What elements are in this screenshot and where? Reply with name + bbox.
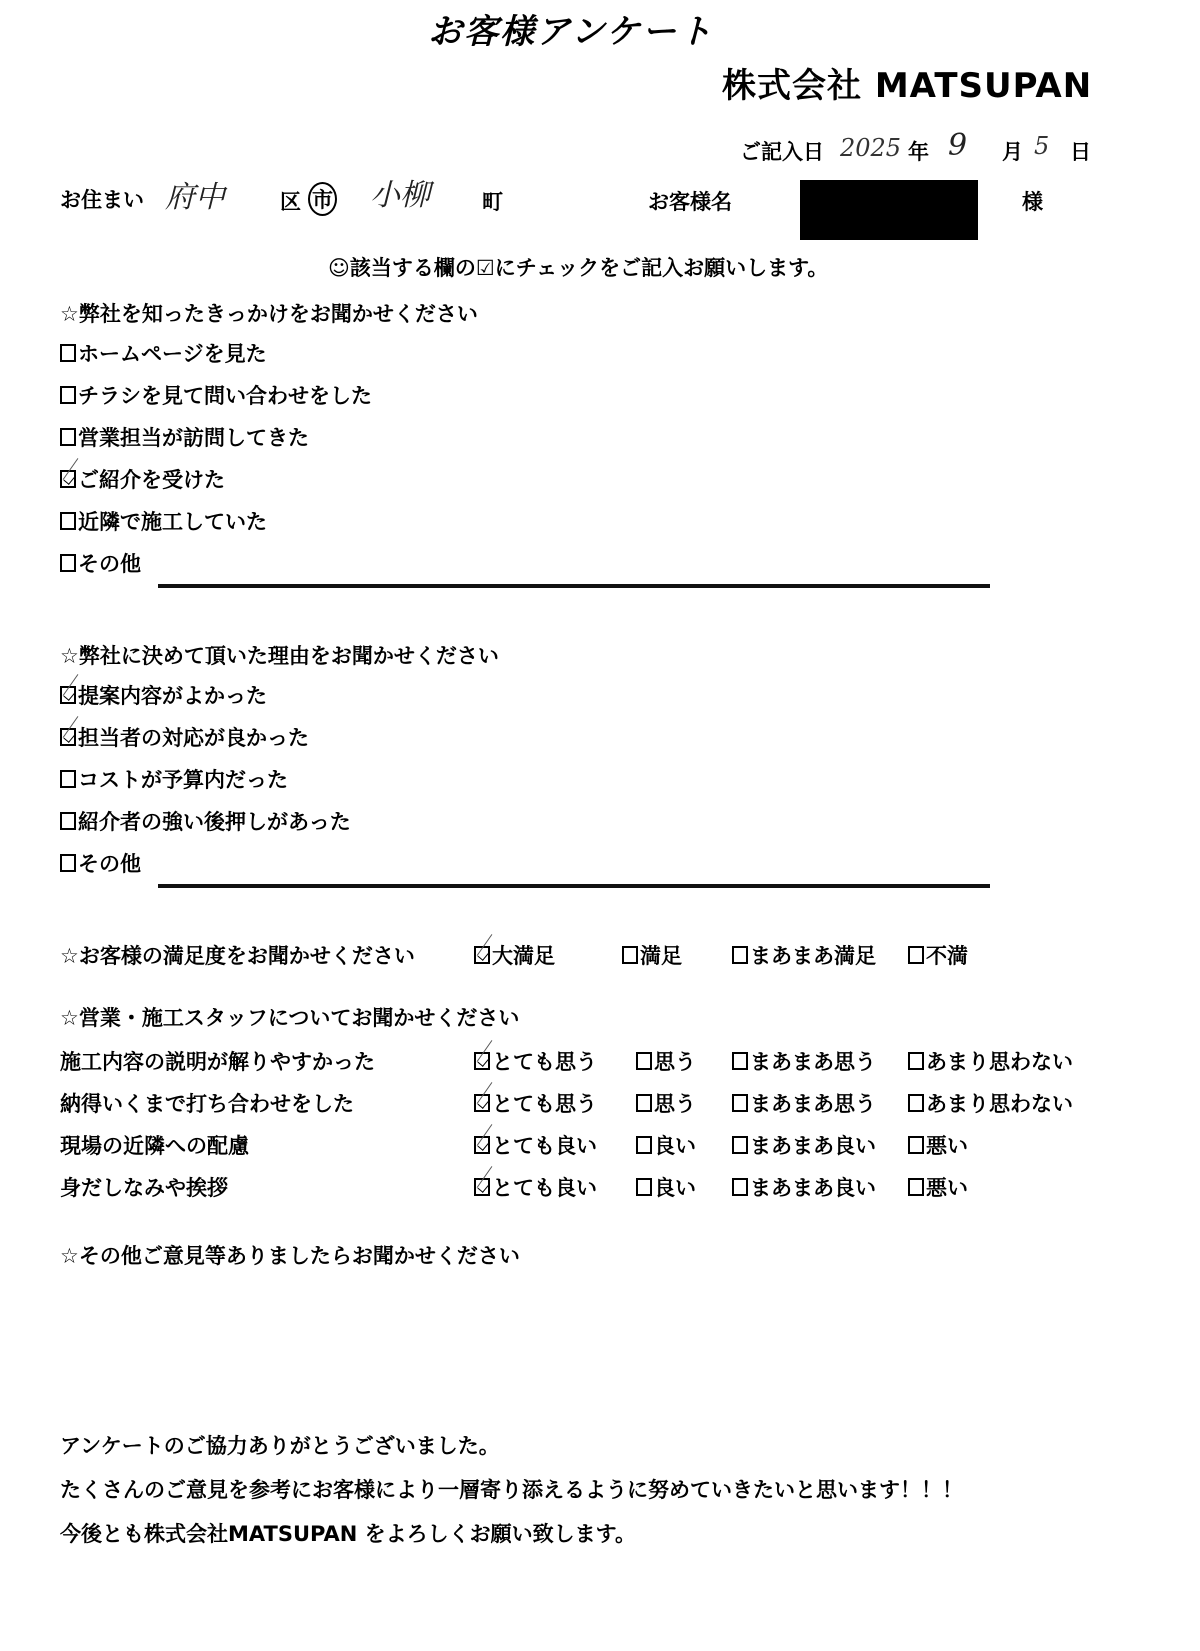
checkbox-checked[interactable]	[474, 1094, 490, 1112]
checkbox-checked[interactable]	[474, 1136, 490, 1154]
checkbox[interactable]	[636, 1094, 652, 1112]
customer-suffix: 様	[1022, 186, 1043, 216]
city-label-circled[interactable]: 市	[308, 182, 337, 216]
checkbox[interactable]	[60, 812, 76, 830]
q2-option-proposal[interactable]: 提案内容がよかった	[60, 680, 267, 710]
survey-title: お客様アンケート	[428, 4, 714, 53]
town-field[interactable]: 小柳	[370, 170, 430, 214]
q4-row2-option2[interactable]: 思う	[636, 1088, 696, 1118]
checkbox-checked[interactable]	[474, 1052, 490, 1070]
checkbox[interactable]	[732, 1052, 748, 1070]
checkbox[interactable]	[622, 946, 638, 964]
q4-row2-option1[interactable]: とても思う	[474, 1088, 597, 1118]
q1-option-other[interactable]: その他	[60, 548, 141, 578]
q2-title: ☆弊社に決めて頂いた理由をお聞かせください	[60, 640, 499, 670]
checkbox[interactable]	[60, 770, 76, 788]
checkbox[interactable]	[60, 854, 76, 872]
date-year-field[interactable]: 2025	[840, 134, 901, 162]
q2-option-cost[interactable]: コストが予算内だった	[60, 764, 288, 794]
customer-name-label: お客様名	[648, 186, 732, 216]
q1-option-sales-visit[interactable]: 営業担当が訪問してきた	[60, 422, 309, 452]
q4-row1-option3[interactable]: まあまあ思う	[732, 1046, 876, 1076]
q1-other-underline	[158, 584, 990, 588]
company-name: 株式会社 MATSUPAN	[722, 58, 1092, 107]
checkbox[interactable]	[732, 946, 748, 964]
checkbox[interactable]	[908, 1178, 924, 1196]
ward-label: 区	[280, 186, 301, 216]
q3-option-very-satisfied[interactable]: 大満足	[474, 940, 555, 970]
q4-row2-option4[interactable]: あまり思わない	[908, 1088, 1073, 1118]
checkbox[interactable]	[908, 1136, 924, 1154]
checkbox[interactable]	[60, 512, 76, 530]
customer-name-field-redacted[interactable]	[800, 180, 978, 240]
q4-row1-option1[interactable]: とても思う	[474, 1046, 597, 1076]
city-ward-field[interactable]: 府中	[165, 172, 225, 216]
checkbox[interactable]	[732, 1178, 748, 1196]
q4-row4-option2[interactable]: 良い	[636, 1172, 696, 1202]
q1-option-homepage[interactable]: ホームページを見た	[60, 338, 267, 368]
q4-row1-option4[interactable]: あまり思わない	[908, 1046, 1073, 1076]
checkbox[interactable]	[732, 1094, 748, 1112]
q4-row2-option3[interactable]: まあまあ思う	[732, 1088, 876, 1118]
q2-option-referrer-push[interactable]: 紹介者の強い後押しがあった	[60, 806, 351, 836]
checkbox-checked[interactable]	[474, 946, 490, 964]
checkbox[interactable]	[732, 1136, 748, 1154]
town-label: 町	[482, 186, 503, 216]
q1-other-input[interactable]	[158, 560, 988, 582]
q2-option-staff-response[interactable]: 担当者の対応が良かった	[60, 722, 309, 752]
footer-closing: 今後とも株式会社MATSUPAN をよろしくお願い致します。	[60, 1518, 636, 1548]
q4-row4-option1[interactable]: とても良い	[474, 1172, 597, 1202]
date-label: ご記入日	[740, 136, 824, 166]
q1-option-referral[interactable]: ご紹介を受けた	[60, 464, 225, 494]
month-unit: 月	[1002, 136, 1023, 166]
q3-option-satisfied[interactable]: 満足	[622, 940, 682, 970]
q4-row4-question: 身だしなみや挨拶	[60, 1172, 228, 1202]
checkbox[interactable]	[908, 1052, 924, 1070]
q3-title: ☆お客様の満足度をお聞かせください	[60, 940, 415, 970]
checkbox-checked[interactable]	[60, 728, 76, 746]
q5-title: ☆その他ご意見等ありましたらお聞かせください	[60, 1240, 520, 1270]
q1-option-flyer[interactable]: チラシを見て問い合わせをした	[60, 380, 372, 410]
checkbox-checked[interactable]	[60, 686, 76, 704]
q4-row3-option2[interactable]: 良い	[636, 1130, 696, 1160]
q3-option-dissatisfied[interactable]: 不満	[908, 940, 968, 970]
footer-thanks: アンケートのご協力ありがとうございました。	[60, 1430, 500, 1460]
q3-option-somewhat-satisfied[interactable]: まあまあ満足	[732, 940, 876, 970]
checkbox-checked[interactable]	[474, 1178, 490, 1196]
year-unit: 年	[908, 136, 929, 166]
q4-row3-option4[interactable]: 悪い	[908, 1130, 968, 1160]
q1-option-nearby-work[interactable]: 近隣で施工していた	[60, 506, 267, 536]
q4-row4-option4[interactable]: 悪い	[908, 1172, 968, 1202]
footer-message: たくさんのご意見を参考にお客様により一層寄り添えるように努めていきたいと思います…	[60, 1474, 963, 1504]
q4-title: ☆営業・施工スタッフについてお聞かせください	[60, 1002, 519, 1032]
instruction-text: ☺該当する欄の☑にチェックをご記入お願いします。	[328, 252, 828, 282]
q4-row1-question: 施工内容の説明が解りやすかった	[60, 1046, 375, 1076]
checkbox[interactable]	[60, 386, 76, 404]
checkbox[interactable]	[908, 946, 924, 964]
checkbox[interactable]	[636, 1052, 652, 1070]
date-month-field[interactable]: 9	[948, 128, 967, 163]
q2-option-other[interactable]: その他	[60, 848, 141, 878]
q4-row1-option2[interactable]: 思う	[636, 1046, 696, 1076]
q5-comment-area[interactable]	[60, 1275, 1040, 1405]
q4-row2-question: 納得いくまで打ち合わせをした	[60, 1088, 354, 1118]
address-label: お住まい	[60, 184, 144, 214]
checkbox[interactable]	[60, 344, 76, 362]
q4-row3-question: 現場の近隣への配慮	[60, 1130, 249, 1160]
q4-row4-option3[interactable]: まあまあ良い	[732, 1172, 876, 1202]
checkbox[interactable]	[636, 1178, 652, 1196]
day-unit: 日	[1070, 136, 1091, 166]
checkbox[interactable]	[60, 554, 76, 572]
q4-row3-option3[interactable]: まあまあ良い	[732, 1130, 876, 1160]
checkbox[interactable]	[60, 428, 76, 446]
date-day-field[interactable]: 5	[1034, 132, 1049, 160]
checkbox[interactable]	[636, 1136, 652, 1154]
q2-other-input[interactable]	[158, 860, 988, 882]
q4-row3-option1[interactable]: とても良い	[474, 1130, 597, 1160]
q2-other-underline	[158, 884, 990, 888]
q1-title: ☆弊社を知ったきっかけをお聞かせください	[60, 298, 478, 328]
checkbox[interactable]	[908, 1094, 924, 1112]
checkbox-checked[interactable]	[60, 470, 76, 488]
